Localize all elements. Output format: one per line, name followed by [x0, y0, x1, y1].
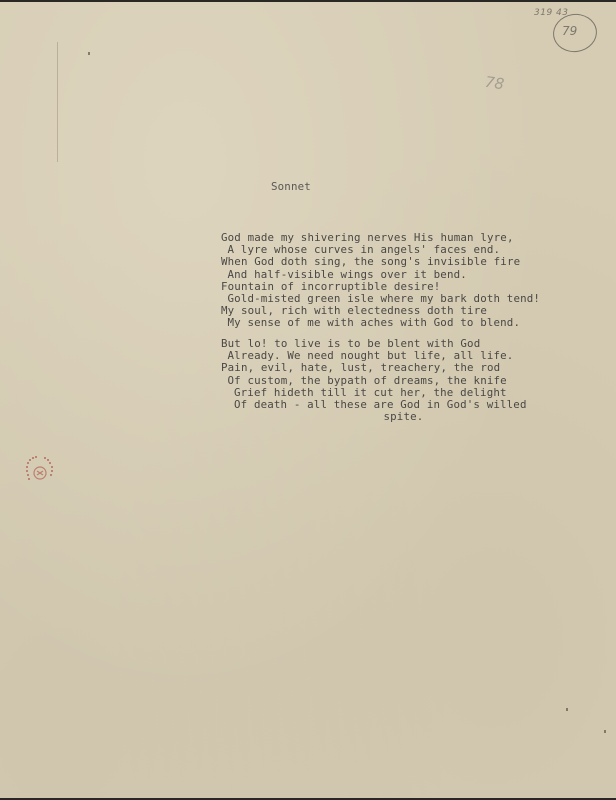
paper-speck	[604, 730, 606, 733]
poem-line: Already. We need nought but life, all li…	[228, 350, 514, 362]
poem-line: Of death - all these are God in God's wi…	[234, 399, 527, 411]
paper-crease	[57, 42, 58, 162]
old-folio-number: 78	[484, 73, 505, 93]
folio-number: 79	[562, 24, 577, 38]
poem-line: Fountain of incorruptible desire!	[221, 281, 440, 293]
library-stamp-icon	[22, 452, 58, 488]
poem-line: My soul, rich with electedness doth tire	[221, 305, 487, 317]
paper-speck	[566, 708, 568, 711]
poem-line: God made my shivering nerves His human l…	[221, 232, 514, 244]
poem-line: When God doth sing, the song's invisible…	[221, 256, 520, 268]
poem-line: And half-visible wings over it bend.	[228, 269, 467, 281]
poem-line: My sense of me with aches with God to bl…	[228, 317, 521, 329]
poem-line: Pain, evil, hate, lust, treachery, the r…	[221, 362, 500, 374]
poem-line: But lo! to live is to be blent with God	[221, 338, 480, 350]
poem-title: Sonnet	[271, 181, 311, 193]
paper-speck	[88, 52, 90, 55]
poem-line: spite.	[384, 411, 424, 423]
poem-line: A lyre whose curves in angels' faces end…	[228, 244, 501, 256]
poem-line: Of custom, the bypath of dreams, the kni…	[228, 375, 507, 387]
poem-line: Grief hideth till it cut her, the deligh…	[234, 387, 507, 399]
document-page: 319 43 79 78 Sonnet God made my shiverin…	[0, 2, 616, 798]
poem-line: Gold-misted green isle where my bark dot…	[228, 293, 541, 305]
